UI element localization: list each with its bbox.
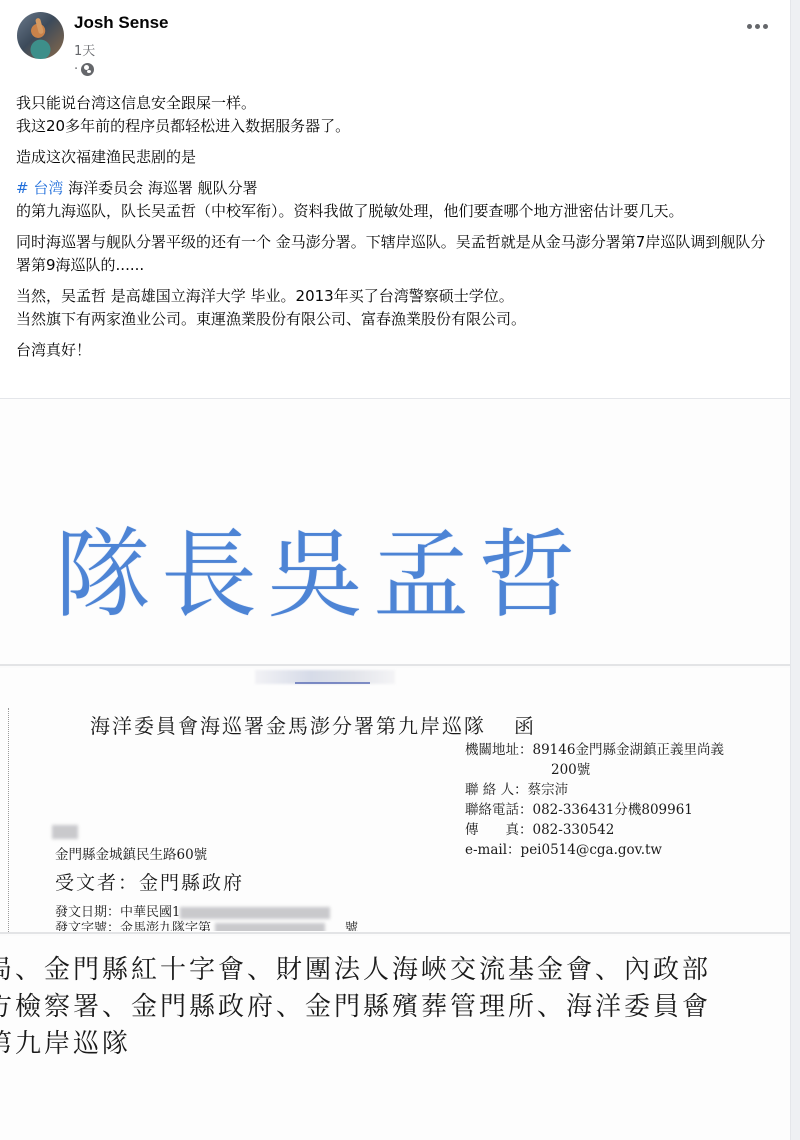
document-title: 海洋委員會海巡署金馬澎分署第九岸巡隊函	[90, 710, 536, 739]
info-value: 蔡宗沛	[528, 782, 569, 798]
image-panel-recipients: 局、金門縣紅十字會、財團法人海峽交流基金會、內政部 方檢察署、金門縣政府、金門縣…	[0, 936, 790, 1140]
document-number-label: 發文字號：金馬澎九隊字第	[55, 921, 211, 931]
info-fax: 傳 真：082-330542	[465, 820, 724, 840]
more-options-icon	[747, 24, 752, 29]
more-options-icon	[763, 24, 768, 29]
info-value: 082-336431分機809961	[533, 802, 693, 818]
post-line: 台湾真好！	[16, 339, 774, 362]
document-title-text: 海洋委員會海巡署金馬澎分署第九岸巡隊	[90, 714, 486, 738]
document-contact-info: 機關地址：89146金門縣金湖鎮正義里尚義 200號 聯 絡 人：蔡宗沛 聯絡電…	[465, 740, 724, 860]
info-value: pei0514@cga.gov.tw	[521, 842, 662, 858]
post-line: 造成这次福建渔民悲剧的是	[16, 146, 774, 169]
name-stamp: 隊長吳孟哲	[55, 499, 585, 636]
image-panel-letterhead: 海洋委員會海巡署金馬澎分署第九岸巡隊函 機關地址：89146金門縣金湖鎮正義里尚…	[0, 668, 790, 934]
redacted-underline	[295, 682, 370, 684]
info-label: 聯絡電話：	[465, 802, 533, 818]
hashtag-link[interactable]: # 台湾	[16, 179, 63, 197]
info-address: 機關地址：89146金門縣金湖鎮正義里尚義	[465, 740, 724, 760]
post-timestamp[interactable]: 1天	[74, 40, 95, 59]
post-paragraph: 造成这次福建渔民悲剧的是	[16, 146, 774, 169]
post-paragraph: # 台湾 海洋委员会 海巡署 舰队分署 的第九海巡队，队长吴孟哲（中校军衔）。资…	[16, 177, 774, 223]
info-contact: 聯 絡 人：蔡宗沛	[465, 780, 724, 800]
document-type: 函	[514, 714, 536, 738]
post-paragraph: 同时海巡署与舰队分署平级的还有一个 金马澎分署。下辖岸巡队。吴孟哲就是从金马澎分…	[16, 231, 774, 277]
info-label: 傳 真：	[465, 822, 533, 838]
recipients-line: 局、金門縣紅十字會、財團法人海峽交流基金會、內政部	[0, 952, 711, 989]
post-line: 我只能说台湾这信息安全跟屎一样。	[16, 92, 774, 115]
recipients-list: 局、金門縣紅十字會、財團法人海峽交流基金會、內政部 方檢察署、金門縣政府、金門縣…	[0, 952, 711, 1063]
document-number-suffix: 號	[345, 921, 358, 931]
post-paragraph: 我只能说台湾这信息安全跟屎一样。 我这20多年前的程序员都轻松进入数据服务器了。	[16, 92, 774, 138]
post-image[interactable]: 隊長吳孟哲 海洋委員會海巡署金馬澎分署第九岸巡隊函 機關地址：89146金門縣金…	[0, 398, 790, 1140]
recipient-address: 金門縣金城鎮民生路60號	[55, 843, 207, 863]
globe-icon[interactable]	[81, 63, 94, 76]
post-header: Josh Sense 1天 ·	[0, 0, 790, 84]
recipient: 受文者：金門縣政府	[55, 868, 244, 895]
info-label: 聯 絡 人：	[465, 782, 528, 798]
info-value: 082-330542	[533, 822, 615, 838]
more-options-icon	[755, 24, 760, 29]
avatar[interactable]	[17, 12, 64, 59]
post-paragraph: 当然，吴孟哲 是高雄国立海洋大学 毕业。2013年买了台湾警察硕士学位。 当然旗…	[16, 285, 774, 331]
post-line: # 台湾 海洋委员会 海巡署 舰队分署	[16, 177, 774, 200]
recipients-line: 方檢察署、金門縣政府、金門縣殯葬管理所、海洋委員會	[0, 989, 711, 1026]
tags-text: 海洋委员会 海巡署 舰队分署	[63, 179, 257, 197]
audience-indicator: ·	[74, 62, 94, 77]
binding-line	[8, 708, 9, 934]
more-options-button[interactable]	[747, 24, 768, 29]
info-address-cont: 200號	[465, 760, 724, 780]
post-card: Josh Sense 1天 · 我只能说台湾这信息安全跟屎一样。 我这20多年前…	[0, 0, 790, 370]
page-scrollbar-track[interactable]	[790, 0, 800, 1140]
info-label: 機關地址：	[465, 742, 533, 758]
post-line: 我这20多年前的程序员都轻松进入数据服务器了。	[16, 115, 774, 138]
info-phone: 聯絡電話：082-336431分機809961	[465, 800, 724, 820]
post-line: 当然，吴孟哲 是高雄国立海洋大学 毕业。2013年买了台湾警察硕士学位。	[16, 285, 774, 308]
author-name[interactable]: Josh Sense	[74, 13, 169, 33]
document-number: 發文字號：金馬澎九隊字第號	[55, 917, 358, 931]
post-line: 同时海巡署与舰队分署平级的还有一个 金马澎分署。下辖岸巡队。吴孟哲就是从金马澎分…	[16, 231, 774, 277]
info-email: e-mail：pei0514@cga.gov.tw	[465, 840, 724, 860]
audience-separator: ·	[74, 62, 78, 77]
post-paragraph: 台湾真好！	[16, 339, 774, 362]
redacted-area	[52, 825, 78, 839]
post-text: 我只能说台湾这信息安全跟屎一样。 我这20多年前的程序员都轻松进入数据服务器了。…	[0, 84, 790, 362]
post-line: 当然旗下有两家渔业公司。東運漁業股份有限公司、富春漁業股份有限公司。	[16, 308, 774, 331]
image-panel-stamp: 隊長吳孟哲	[0, 399, 790, 666]
recipients-line: 第九岸巡隊	[0, 1026, 711, 1063]
info-label: e-mail：	[465, 842, 521, 858]
info-value: 89146金門縣金湖鎮正義里尚義	[533, 742, 724, 758]
post-line: 的第九海巡队，队长吴孟哲（中校军衔）。资料我做了脱敏处理，他们要查哪个地方泄密估…	[16, 200, 774, 223]
redacted-area	[215, 923, 325, 932]
